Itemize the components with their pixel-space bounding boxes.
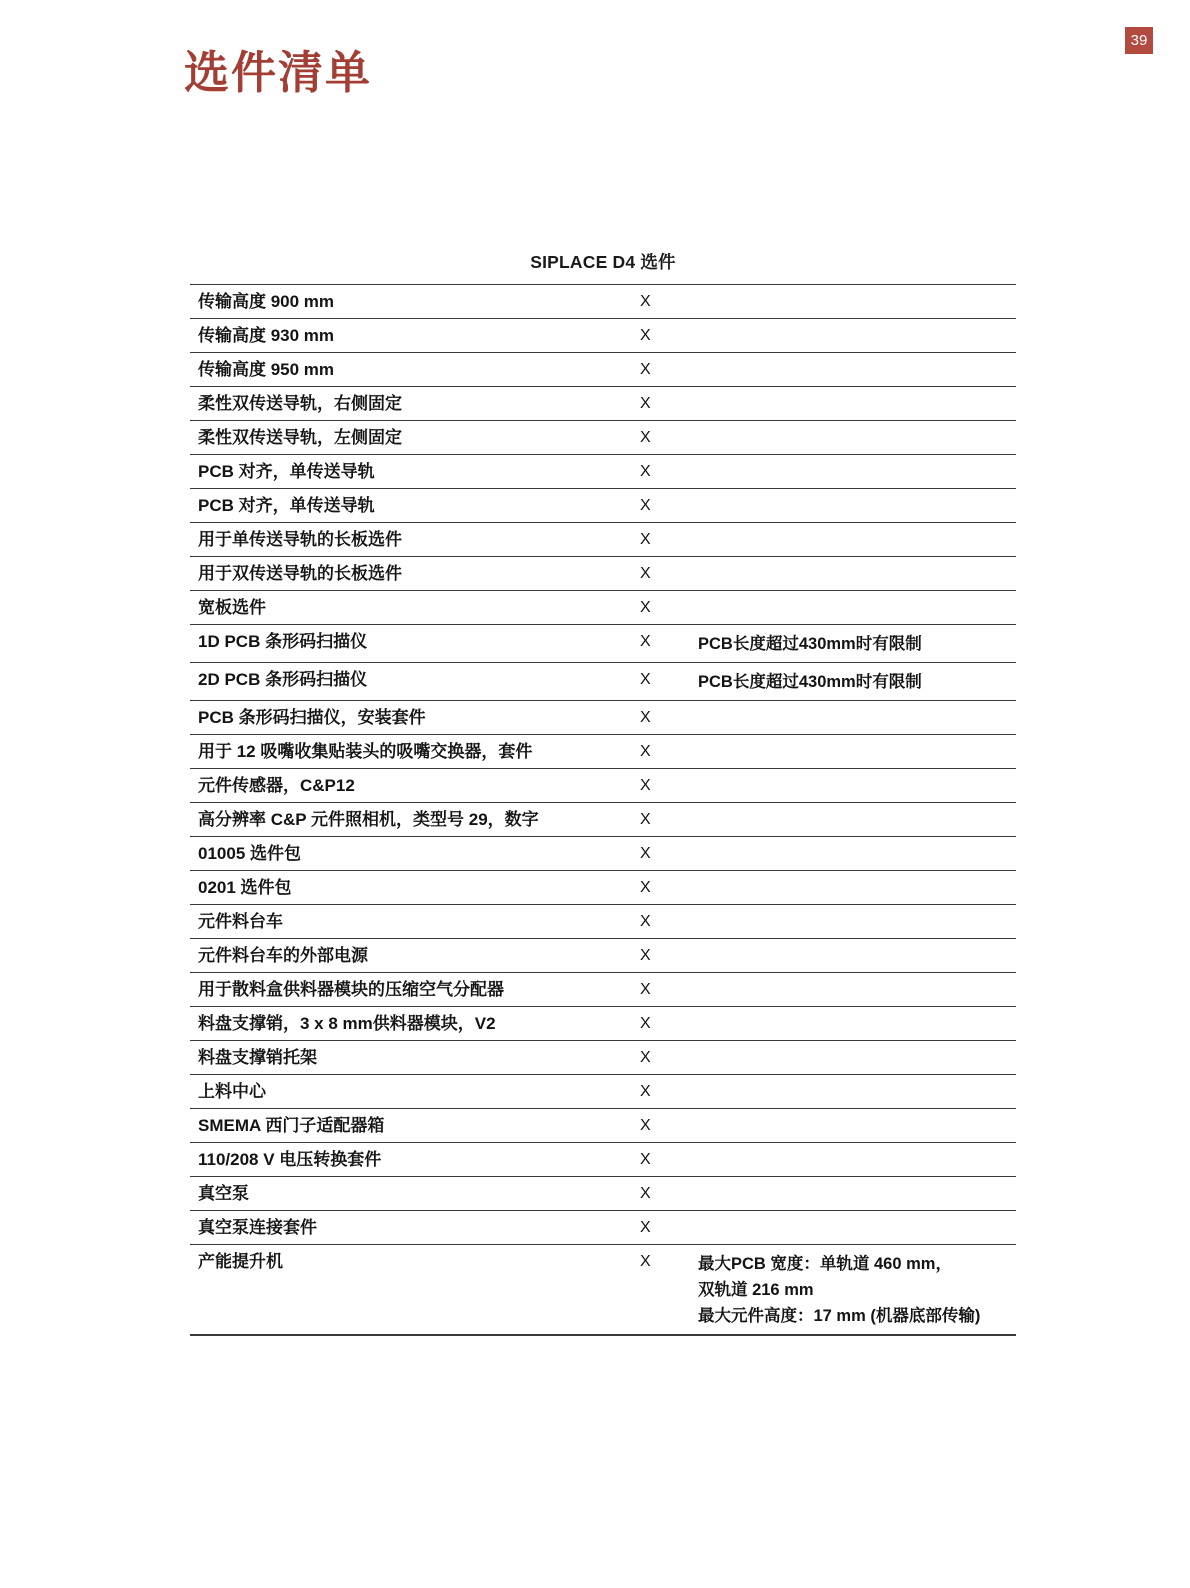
row-label: 传输高度 950 mm — [190, 359, 640, 381]
table-row: 宽板选件 X — [190, 590, 1016, 624]
row-label: 传输高度 930 mm — [190, 325, 640, 347]
table-row: 高分辨率 C&P 元件照相机，类型号 29，数字 X — [190, 802, 1016, 836]
row-mark: X — [640, 1217, 698, 1239]
row-mark: X — [640, 1149, 698, 1171]
row-label: 料盘支撑销托架 — [190, 1047, 640, 1069]
row-label: 高分辨率 C&P 元件照相机，类型号 29，数字 — [190, 809, 640, 831]
table-row: 料盘支撑销，3 x 8 mm供料器模块，V2 X — [190, 1006, 1016, 1040]
row-mark: X — [640, 1081, 698, 1103]
table-row: 传输高度 930 mm X — [190, 318, 1016, 352]
table-row: 元件传感器，C&P12 X — [190, 768, 1016, 802]
row-mark: X — [640, 1183, 698, 1205]
row-label: 用于散料盒供料器模块的压缩空气分配器 — [190, 979, 640, 1001]
page-title: 选件清单 — [184, 46, 372, 100]
options-table: SIPLACE D4 选件 传输高度 900 mm X 传输高度 930 mm … — [190, 249, 1016, 1336]
table-row: SMEMA 西门子适配器箱 X — [190, 1108, 1016, 1142]
row-label: 宽板选件 — [190, 597, 640, 619]
row-mark: X — [640, 979, 698, 1001]
row-label: 0201 选件包 — [190, 877, 640, 899]
row-mark: X — [640, 495, 698, 517]
row-label: 柔性双传送导轨，左侧固定 — [190, 427, 640, 449]
row-note: PCB长度超过430mm时有限制 — [698, 631, 1016, 657]
row-mark: X — [640, 911, 698, 933]
row-mark: X — [640, 877, 698, 899]
row-label: 柔性双传送导轨，右侧固定 — [190, 393, 640, 415]
row-label: PCB 条形码扫描仪，安装套件 — [190, 707, 640, 729]
table-row: 0201 选件包 X — [190, 870, 1016, 904]
row-note: 最大PCB 宽度：单轨道 460 mm， 双轨道 216 mm 最大元件高度：1… — [698, 1251, 1016, 1329]
table-row: 2D PCB 条形码扫描仪 X PCB长度超过430mm时有限制 — [190, 662, 1016, 700]
row-mark: X — [640, 461, 698, 483]
row-mark: X — [640, 1013, 698, 1035]
row-mark: X — [640, 669, 698, 691]
row-mark: X — [640, 529, 698, 551]
row-mark: X — [640, 843, 698, 865]
table-row: 110/208 V 电压转换套件 X — [190, 1142, 1016, 1176]
row-label: PCB 对齐，单传送导轨 — [190, 461, 640, 483]
row-mark: X — [640, 775, 698, 797]
row-label: 1D PCB 条形码扫描仪 — [190, 631, 640, 653]
table-row: 元件料台车 X — [190, 904, 1016, 938]
row-mark: X — [640, 707, 698, 729]
row-label: 01005 选件包 — [190, 843, 640, 865]
row-label: 产能提升机 — [190, 1251, 640, 1273]
table-row: PCB 条形码扫描仪，安装套件 X — [190, 700, 1016, 734]
row-mark: X — [640, 563, 698, 585]
row-label: 料盘支撑销，3 x 8 mm供料器模块，V2 — [190, 1013, 640, 1035]
row-label: 110/208 V 电压转换套件 — [190, 1149, 640, 1171]
table-row: 产能提升机 X 最大PCB 宽度：单轨道 460 mm， 双轨道 216 mm … — [190, 1244, 1016, 1334]
table-row: PCB 对齐，单传送导轨 X — [190, 488, 1016, 522]
row-label: SMEMA 西门子适配器箱 — [190, 1115, 640, 1137]
table-row: 传输高度 950 mm X — [190, 352, 1016, 386]
table-row: 用于双传送导轨的长板选件 X — [190, 556, 1016, 590]
table-row: 01005 选件包 X — [190, 836, 1016, 870]
table-header: SIPLACE D4 选件 — [190, 249, 1016, 284]
table-row: 料盘支撑销托架 X — [190, 1040, 1016, 1074]
row-mark: X — [640, 393, 698, 415]
row-mark: X — [640, 631, 698, 653]
row-mark: X — [640, 809, 698, 831]
row-note: PCB长度超过430mm时有限制 — [698, 669, 1016, 695]
table-row: 柔性双传送导轨，右侧固定 X — [190, 386, 1016, 420]
table-row: PCB 对齐，单传送导轨 X — [190, 454, 1016, 488]
table-row: 用于单传送导轨的长板选件 X — [190, 522, 1016, 556]
row-mark: X — [640, 741, 698, 763]
row-mark: X — [640, 325, 698, 347]
row-label: 真空泵连接套件 — [190, 1217, 640, 1239]
options-table-body: 传输高度 900 mm X 传输高度 930 mm X 传输高度 950 mm … — [190, 284, 1016, 1336]
row-mark: X — [640, 1047, 698, 1069]
table-row: 1D PCB 条形码扫描仪 X PCB长度超过430mm时有限制 — [190, 624, 1016, 662]
row-mark: X — [640, 359, 698, 381]
row-label: PCB 对齐，单传送导轨 — [190, 495, 640, 517]
row-label: 传输高度 900 mm — [190, 291, 640, 313]
table-row: 元件料台车的外部电源 X — [190, 938, 1016, 972]
table-row: 用于散料盒供料器模块的压缩空气分配器 X — [190, 972, 1016, 1006]
row-label: 上料中心 — [190, 1081, 640, 1103]
table-row: 真空泵连接套件 X — [190, 1210, 1016, 1244]
table-row: 传输高度 900 mm X — [190, 284, 1016, 318]
row-label: 元件料台车的外部电源 — [190, 945, 640, 967]
row-label: 元件传感器，C&P12 — [190, 775, 640, 797]
table-row: 用于 12 吸嘴收集贴装头的吸嘴交换器，套件 X — [190, 734, 1016, 768]
row-mark: X — [640, 945, 698, 967]
page-number-badge: 39 — [1125, 27, 1153, 54]
row-label: 用于双传送导轨的长板选件 — [190, 563, 640, 585]
row-label: 用于单传送导轨的长板选件 — [190, 529, 640, 551]
row-mark: X — [640, 1251, 698, 1273]
row-label: 用于 12 吸嘴收集贴装头的吸嘴交换器，套件 — [190, 741, 640, 763]
table-row: 上料中心 X — [190, 1074, 1016, 1108]
row-label: 元件料台车 — [190, 911, 640, 933]
row-mark: X — [640, 427, 698, 449]
row-mark: X — [640, 597, 698, 619]
row-label: 真空泵 — [190, 1183, 640, 1205]
row-label: 2D PCB 条形码扫描仪 — [190, 669, 640, 691]
table-row: 柔性双传送导轨，左侧固定 X — [190, 420, 1016, 454]
table-row: 真空泵 X — [190, 1176, 1016, 1210]
row-mark: X — [640, 291, 698, 313]
row-mark: X — [640, 1115, 698, 1137]
